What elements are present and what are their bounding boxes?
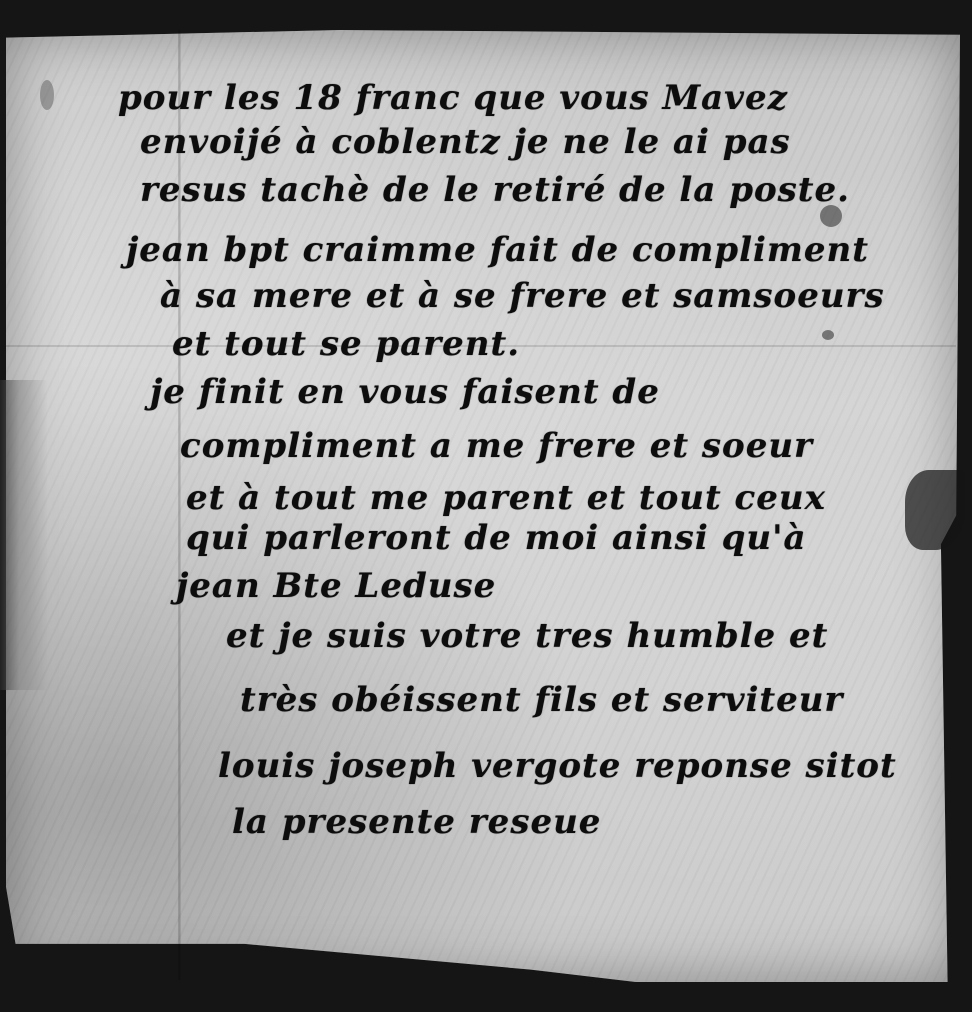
letter-line: jean bpt craimme fait de compliment xyxy=(126,230,869,270)
letter-line: et tout se parent. xyxy=(172,324,520,364)
letter-line: je finit en vous faisent de xyxy=(150,372,660,412)
letter-line: compliment a me frere et soeur xyxy=(180,426,813,466)
letter-line: à sa mere et à se frere et samsoeurs xyxy=(160,276,885,316)
letter-line: envoijé à coblentz je ne le ai pas xyxy=(140,122,791,162)
letter-line: pour les 18 franc que vous Mavez xyxy=(118,78,788,118)
letter-line: et je suis votre tres humble et xyxy=(226,616,828,656)
letter-line: et à tout me parent et tout ceux xyxy=(186,478,826,518)
letter-line: qui parleront de moi ainsi qu'à xyxy=(186,518,807,558)
letter-line: louis joseph vergote reponse sitot xyxy=(218,746,897,786)
scan-background: pour les 18 franc que vous Mavez envoijé… xyxy=(0,0,972,1012)
letter-line: jean Bte Leduse xyxy=(176,566,496,606)
letter-line: resus tachè de le retiré de la poste. xyxy=(140,170,850,210)
letter-line: très obéissent fils et serviteur xyxy=(240,680,843,720)
letter-line: la presente reseue xyxy=(232,802,601,842)
handwritten-text: pour les 18 franc que vous Mavez envoijé… xyxy=(0,0,972,1012)
